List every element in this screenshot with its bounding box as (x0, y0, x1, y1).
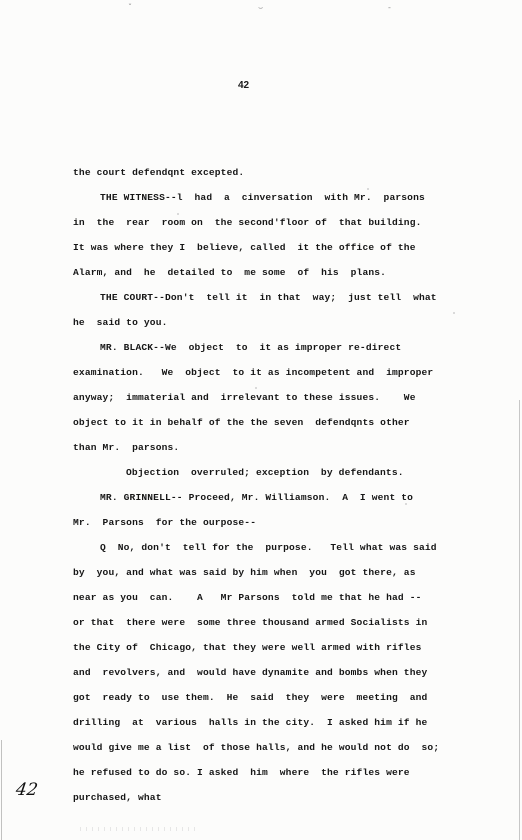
transcript-line: purchased, what (73, 792, 162, 804)
margin-annotation: 42 (15, 780, 39, 800)
scan-speck (255, 387, 257, 389)
transcript-line: MR. BLACK--We object to it as improper r… (100, 342, 401, 354)
page-edge-shadow (1, 740, 2, 840)
transcript-line: or that there were some three thousand a… (73, 617, 427, 629)
transcript-line: would give me a list of those halls, and… (73, 742, 439, 754)
page-edge-shadow (519, 400, 520, 840)
transcript-line: he refused to do so. I asked him where t… (73, 767, 410, 779)
transcript-line: the City of Chicago, that they were well… (73, 642, 422, 654)
scan-speck (367, 188, 369, 190)
transcript-line: Objection overruled; exception by defend… (126, 467, 404, 479)
transcript-line: Q No, don't tell for the purpose. Tell w… (100, 542, 437, 554)
transcript-line: Mr. Parsons for the ourpose-- (73, 517, 256, 529)
scan-speck (405, 503, 407, 505)
transcript-line: Alarm, and he detailed to me some of his… (73, 267, 386, 279)
scan-artifact: ˇ (128, 3, 132, 12)
transcript-line: THE WITNESS--l had a cinversation with M… (100, 192, 425, 204)
transcript-line: It was where they I believe, called it t… (73, 242, 416, 254)
transcript-line: anyway; immaterial and irrelevant to the… (73, 392, 416, 404)
transcript-line: and revolvers, and would have dynamite a… (73, 667, 427, 679)
transcript-line: than Mr. parsons. (73, 442, 179, 454)
transcript-line: near as you can. A Mr Parsons told me th… (73, 592, 422, 604)
document-page: ˇ ⌣ - 42 the court defendqnt excepted.TH… (0, 0, 522, 840)
transcript-line: the court defendqnt excepted. (73, 167, 244, 179)
scan-artifact (80, 827, 200, 831)
transcript-line: he said to you. (73, 317, 168, 329)
scan-artifact: - (388, 3, 391, 12)
transcript-line: got ready to use them. He said they were… (73, 692, 427, 704)
scan-speck (177, 213, 179, 215)
transcript-line: object to it in behalf of the the seven … (73, 417, 410, 429)
transcript-line: THE COURT--Don't tell it in that way; ju… (100, 292, 437, 304)
transcript-line: MR. GRINNELL-- Proceed, Mr. Williamson. … (100, 492, 413, 504)
transcript-line: examination. We object to it as incompet… (73, 367, 433, 379)
page-number: 42 (238, 80, 249, 91)
scan-artifact: ⌣ (258, 3, 263, 13)
scan-speck (453, 312, 455, 314)
transcript-line: by you, and what was said by him when yo… (73, 567, 416, 579)
transcript-line: drilling at various halls in the city. I… (73, 717, 427, 729)
transcript-line: in the rear room on the second'floor of … (73, 217, 422, 229)
